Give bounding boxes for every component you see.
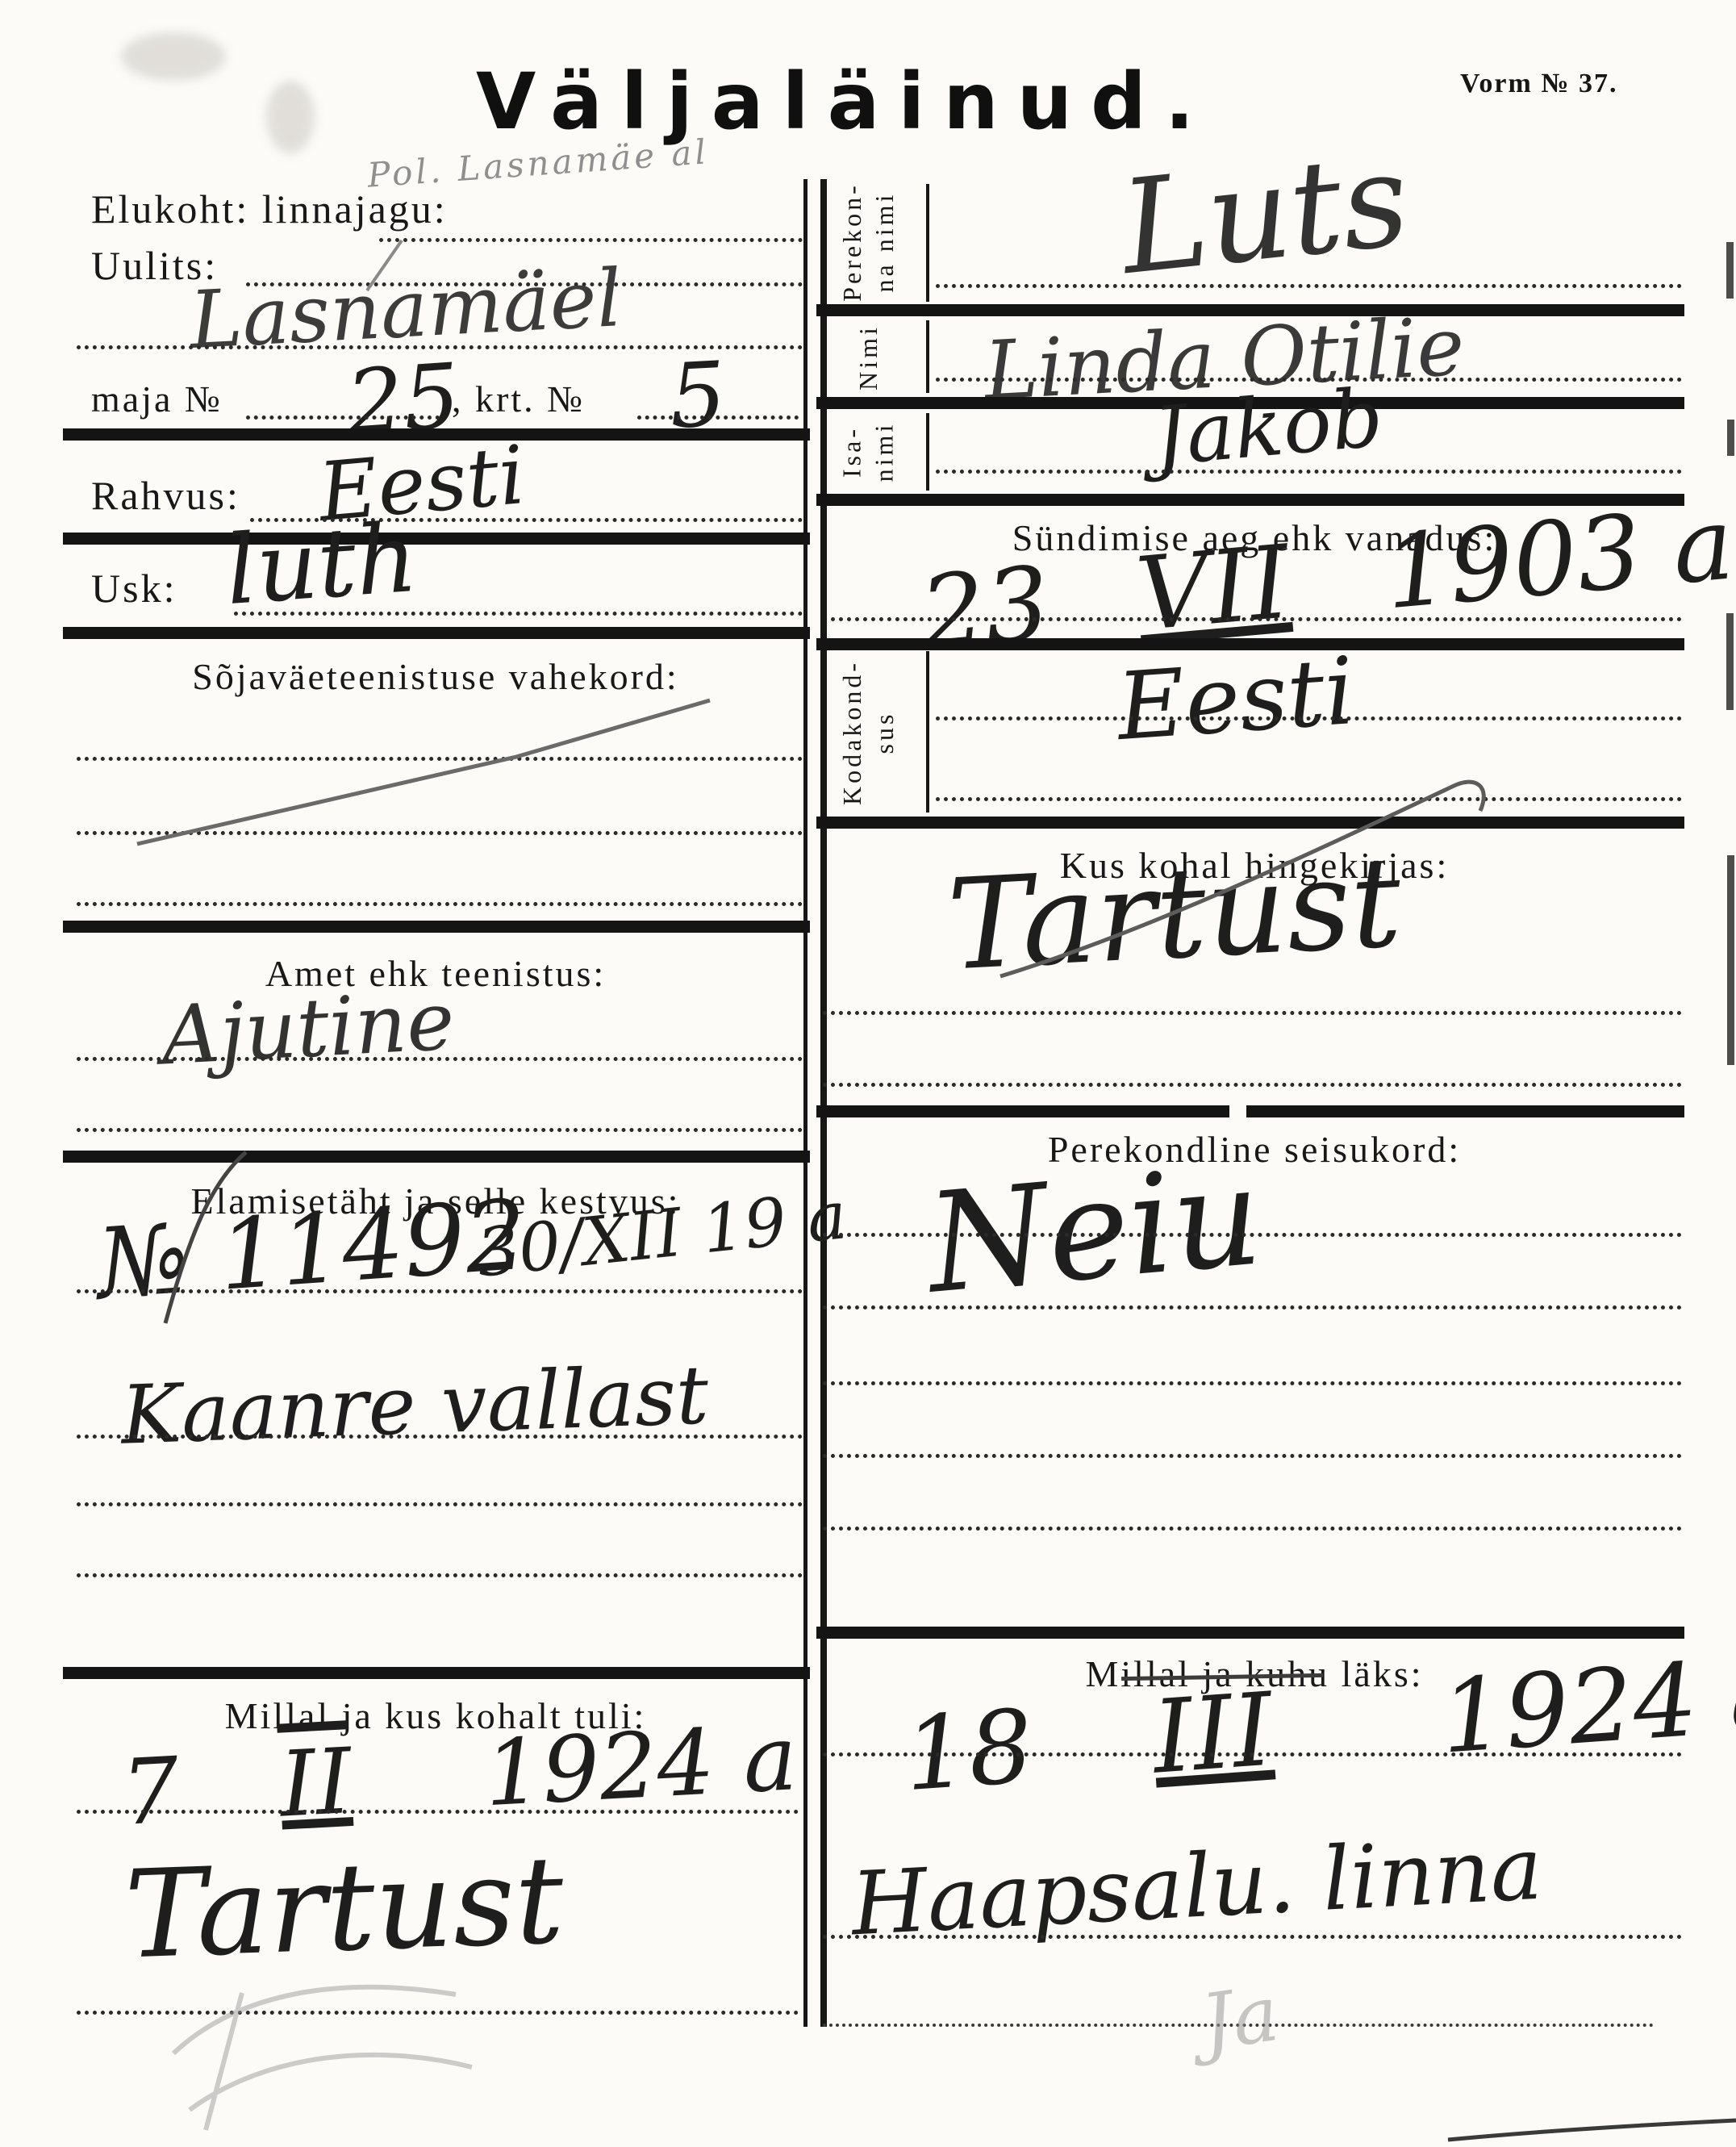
patronymic-label-box: Isa- nimi xyxy=(813,411,922,492)
scan-edge-mark xyxy=(1727,420,1734,456)
nationality-label: Rahvus: xyxy=(91,472,240,519)
registry-handwriting: Tartust xyxy=(945,839,1404,988)
surname-handwriting: Luts xyxy=(1116,135,1414,293)
section-bar xyxy=(63,921,810,933)
permit-dotline xyxy=(77,1289,803,1293)
parish-dotline xyxy=(77,1435,803,1439)
birthdate-dotline xyxy=(831,617,1682,621)
empty-dotline xyxy=(823,1454,1682,1458)
departure-month: III xyxy=(1149,1672,1276,1797)
label-rule xyxy=(926,320,929,393)
empty-dotline xyxy=(77,1502,803,1506)
citizenship-dotline-1 xyxy=(936,716,1682,721)
scanned-form-sheet: Väljaläinud. Vorm № 37. Elukoht: linnaja… xyxy=(0,0,1736,2147)
family-status-handwriting: Neiu xyxy=(922,1147,1266,1313)
surname-label-box: Perekon- na nimi xyxy=(813,182,922,303)
registry-dotline-1 xyxy=(823,1011,1682,1015)
apt-no-handwriting: 5 xyxy=(667,349,728,441)
patronymic-label: Isa- nimi xyxy=(835,422,899,482)
pencil-scribbles xyxy=(173,1987,472,2130)
citizenship-dotline-2 xyxy=(936,797,1682,801)
empty-dotline xyxy=(823,1527,1682,1531)
family-dotline-1 xyxy=(823,1233,1682,1237)
label-rule xyxy=(926,651,929,812)
military-dotline-1 xyxy=(77,757,803,761)
permit-number-handwriting: № 11492 xyxy=(94,1188,530,1314)
section-bar xyxy=(63,1151,810,1163)
name-label: Nimi xyxy=(852,324,884,391)
birth-year: 1903 a xyxy=(1380,485,1736,632)
arrival-year: 1924 a xyxy=(482,1706,800,1827)
arrival-day: 7 xyxy=(119,1738,182,1846)
bottom-edge-curve xyxy=(1448,2120,1736,2140)
birth-month: VII xyxy=(1132,524,1294,654)
scan-edge-mark xyxy=(1727,855,1734,1065)
empty-dotline xyxy=(77,1573,803,1577)
surname-dotline xyxy=(936,284,1682,288)
house-no-dotline xyxy=(246,416,440,420)
patronymic-dotline xyxy=(936,470,1682,474)
form-number: Vorm № 37. xyxy=(1460,69,1618,99)
surname-label: Perekon- na nimi xyxy=(836,182,900,302)
section-bar xyxy=(63,1667,810,1679)
citizenship-handwriting: Eesti xyxy=(1114,645,1357,754)
departure-place-dotline xyxy=(823,1935,1682,1939)
arrival-month: II xyxy=(278,1729,354,1837)
religion-label: Usk: xyxy=(91,565,177,612)
military-dotline-2 xyxy=(77,831,803,835)
section-bar xyxy=(816,1627,1684,1639)
departure-dotline xyxy=(823,1752,1682,1756)
occupation-handwriting: Ajutine xyxy=(160,981,457,1077)
apt-no-label: , krt. № xyxy=(452,378,585,420)
arrival-dotline-2 xyxy=(77,2011,799,2015)
scan-smudge xyxy=(266,81,315,153)
section-bar xyxy=(816,1105,1229,1117)
section-bar xyxy=(1246,1105,1684,1117)
scan-edge-mark xyxy=(1726,242,1734,299)
citizenship-label: Kodakond- sus xyxy=(836,660,900,805)
arrival-place-handwriting: Tartust xyxy=(123,1840,566,1977)
registry-dotline-2 xyxy=(823,1083,1682,1087)
section-bar xyxy=(63,533,810,545)
religion-handwriting: luth xyxy=(223,510,420,618)
label-rule xyxy=(926,184,929,302)
military-strike-line xyxy=(137,700,710,844)
section-bar xyxy=(63,627,810,639)
label-rule xyxy=(926,413,929,491)
residence-dotline xyxy=(379,238,803,242)
military-service-heading: Sõjaväeteenistuse vahekord: xyxy=(65,655,807,698)
arrival-dotline xyxy=(77,1810,799,1814)
departure-day: 18 xyxy=(900,1688,1037,1814)
patronymic-handwriting: Jakob xyxy=(1150,378,1386,478)
parish-handwriting: Kaanre vallast xyxy=(119,1355,709,1456)
form-title: Väljaläinud. xyxy=(476,56,1212,147)
birth-day: 23 xyxy=(916,545,1054,672)
apt-no-dotline xyxy=(637,416,799,420)
name-label-box: Nimi xyxy=(813,319,922,395)
house-no-label: maja № xyxy=(91,378,223,420)
pencil-note-handwriting: Ja xyxy=(1197,1976,1283,2062)
departure-place-handwriting: Haapsalu. linna xyxy=(849,1826,1545,1949)
scan-smudge xyxy=(121,32,226,81)
family-dotline-2 xyxy=(823,1305,1682,1310)
section-bar xyxy=(816,817,1684,829)
citizenship-label-box: Kodakond- sus xyxy=(813,650,922,815)
occupation-dotline-1 xyxy=(77,1057,803,1061)
empty-dotline xyxy=(823,1381,1682,1385)
occupation-dotline-2 xyxy=(77,1128,803,1132)
military-dotline-3 xyxy=(77,902,803,906)
scan-edge-mark xyxy=(1726,613,1734,710)
religion-dotline xyxy=(234,612,803,616)
